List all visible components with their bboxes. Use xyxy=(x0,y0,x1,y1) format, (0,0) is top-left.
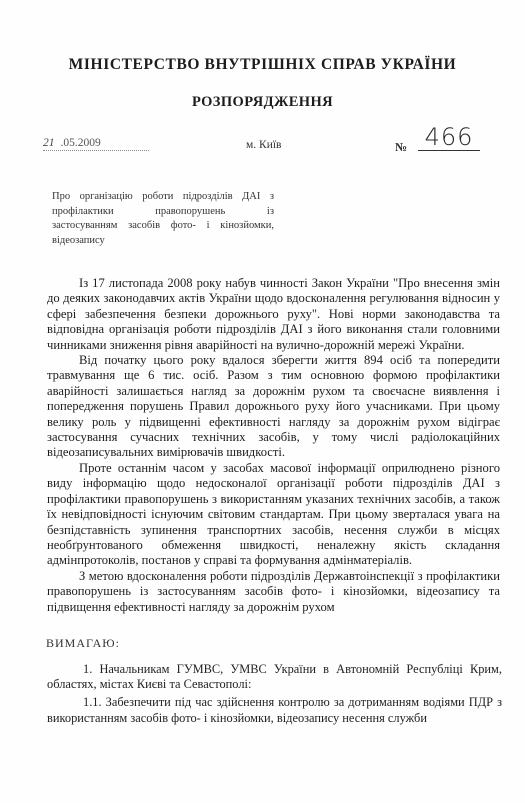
document-type-title: РОЗПОРЯДЖЕННЯ xyxy=(0,94,525,111)
body-paragraph: Проте останнім часом у засобах масової і… xyxy=(47,461,500,569)
document-body: Із 17 листопада 2008 року набув чинності… xyxy=(47,276,500,615)
date-month-year: .05.2009 xyxy=(61,137,101,149)
subject-line: відеозапису xyxy=(52,234,274,249)
order-item: 1. Начальникам ГУМВС, УМВС України в Авт… xyxy=(47,662,502,692)
body-paragraph: З метою вдосконалення роботи підрозділів… xyxy=(47,569,500,615)
subject-line: Про організацію роботи підрозділів ДАІ з xyxy=(52,190,274,205)
body-paragraph: Із 17 листопада 2008 року набув чинності… xyxy=(47,276,500,353)
ministry-title: МІНІСТЕРСТВО ВНУТРІШНІХ СПРАВ УКРАЇНИ xyxy=(0,56,525,74)
subject-line: застосуванням засобів фото- і кінозйомки… xyxy=(52,219,274,234)
subject-block: Про організацію роботи підрозділів ДАІ з… xyxy=(52,190,274,248)
document-date: 21.05.2009 xyxy=(43,137,149,151)
document-number-handwritten: 466 xyxy=(418,124,480,151)
order-item: 1.1. Забезпечити під час здійснення конт… xyxy=(47,695,502,725)
date-day-handwritten: 21 xyxy=(43,137,55,149)
city-label: м. Київ xyxy=(246,139,281,151)
orders-list: 1. Начальникам ГУМВС, УМВС України в Авт… xyxy=(47,662,502,729)
number-sign: № xyxy=(395,140,407,155)
document-page: МІНІСТЕРСТВО ВНУТРІШНІХ СПРАВ УКРАЇНИ РО… xyxy=(0,0,525,803)
subject-line: профілактики правопорушень із xyxy=(52,205,274,220)
demand-heading: ВИМАГАЮ: xyxy=(46,636,120,651)
body-paragraph: Від початку цього року вдалося зберегти … xyxy=(47,353,500,461)
